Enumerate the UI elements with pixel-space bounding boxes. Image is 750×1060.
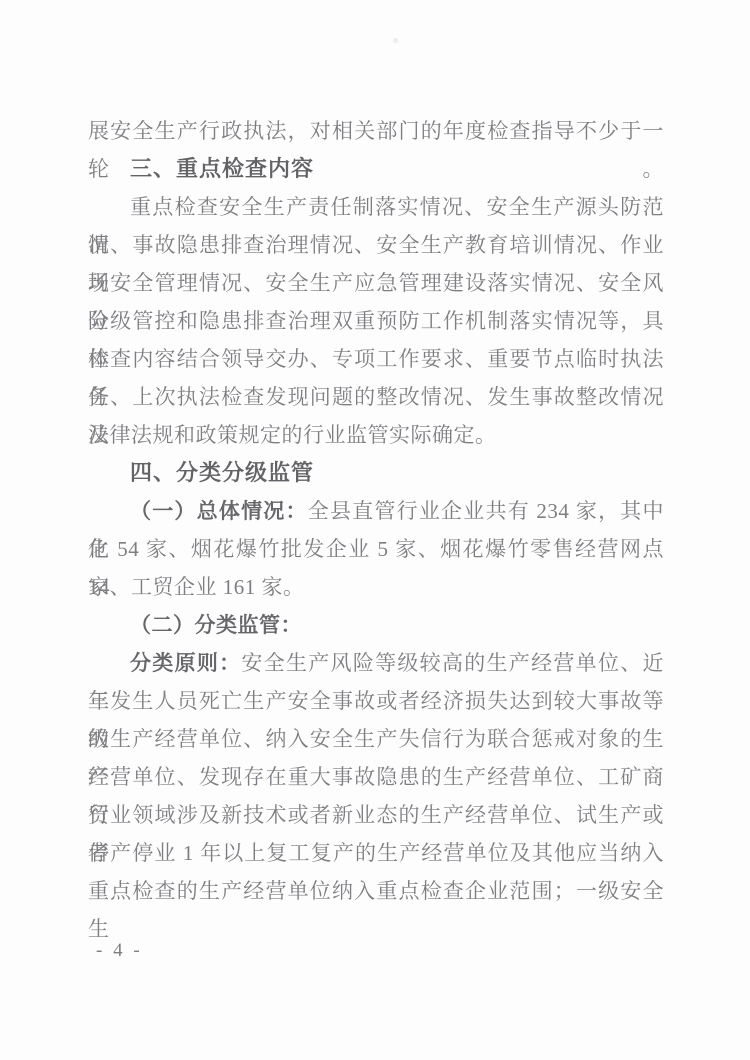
para-line: 的生产经营单位、纳入安全生产失信行为联合惩戒对象的生产	[88, 720, 664, 758]
para-line: 化 54 家、烟花爆竹批发企业 5 家、烟花爆竹零售经营网点 14	[88, 530, 664, 568]
para-line: 重点检查安全生产责任制落实情况、安全生产源头防范情	[88, 188, 664, 226]
page-number: - 4 -	[96, 940, 143, 962]
body-text-segment: 停产停业 1 年以上复工复产的生产经营单位及其他应当纳入	[88, 841, 664, 865]
para-line: （一）总体情况：全县直管行业企业共有 234 家，其中危	[88, 492, 664, 530]
para-line: 况、事故隐患排查治理情况、安全生产教育培训情况、作业现	[88, 226, 664, 264]
para-line: 停产停业 1 年以上复工复产的生产经营单位及其他应当纳入	[88, 834, 664, 872]
bold-text-segment: 分类原则：	[130, 651, 241, 675]
bold-text-segment: （一）总体情况：	[130, 499, 308, 523]
section-heading-4: 四、分类分级监管	[88, 454, 664, 492]
para-line: 分级管控和隐患排查治理双重预防工作机制落实情况等，具体	[88, 302, 664, 340]
para-line: （二）分类监管：	[88, 606, 664, 644]
para-line: 检查内容结合领导交办、专项工作要求、重要节点临时执法任	[88, 340, 664, 378]
para-line: 法律法规和政策规定的行业监管实际确定。	[88, 416, 664, 454]
scanned-document-page: 展安全生产行政执法，对相关部门的年度检查指导不少于一轮。三、重点检查内容重点检查…	[0, 0, 750, 1060]
para-line: 重点检查的生产经营单位纳入重点检查企业范围；一级安全生	[88, 872, 664, 910]
para-line: 务、上次执法检查发现问题的整改情况、发生事故整改情况及	[88, 378, 664, 416]
bold-text-segment: （二）分类监管：	[130, 613, 302, 637]
scan-artifact-speck	[393, 38, 398, 43]
para-line: 场安全管理情况、安全生产应急管理建设落实情况、安全风险	[88, 264, 664, 302]
para-line: 经营单位、发现存在重大事故隐患的生产经营单位、工矿商贸	[88, 758, 664, 796]
para-line: 年发生人员死亡生产安全事故或者经济损失达到较大事故等级	[88, 682, 664, 720]
para-continuation-line: 展安全生产行政执法，对相关部门的年度检查指导不少于一轮。	[88, 112, 664, 150]
document-body: 展安全生产行政执法，对相关部门的年度检查指导不少于一轮。三、重点检查内容重点检查…	[88, 112, 664, 910]
bold-text-segment: 三、重点检查内容	[130, 156, 314, 181]
para-line: 家、工贸企业 161 家。	[88, 568, 664, 606]
para-line: 分类原则：安全生产风险等级较高的生产经营单位、近三	[88, 644, 664, 682]
body-text-segment: 法律法规和政策规定的行业监管实际确定。	[88, 423, 497, 447]
body-text-segment: 家、工贸企业 161 家。	[88, 575, 305, 599]
body-text-segment: 重点检查的生产经营单位纳入重点检查企业范围；一级安全生	[88, 879, 664, 941]
para-line: 行业领域涉及新技术或者新业态的生产经营单位、试生产或者	[88, 796, 664, 834]
bold-text-segment: 四、分类分级监管	[130, 460, 314, 485]
